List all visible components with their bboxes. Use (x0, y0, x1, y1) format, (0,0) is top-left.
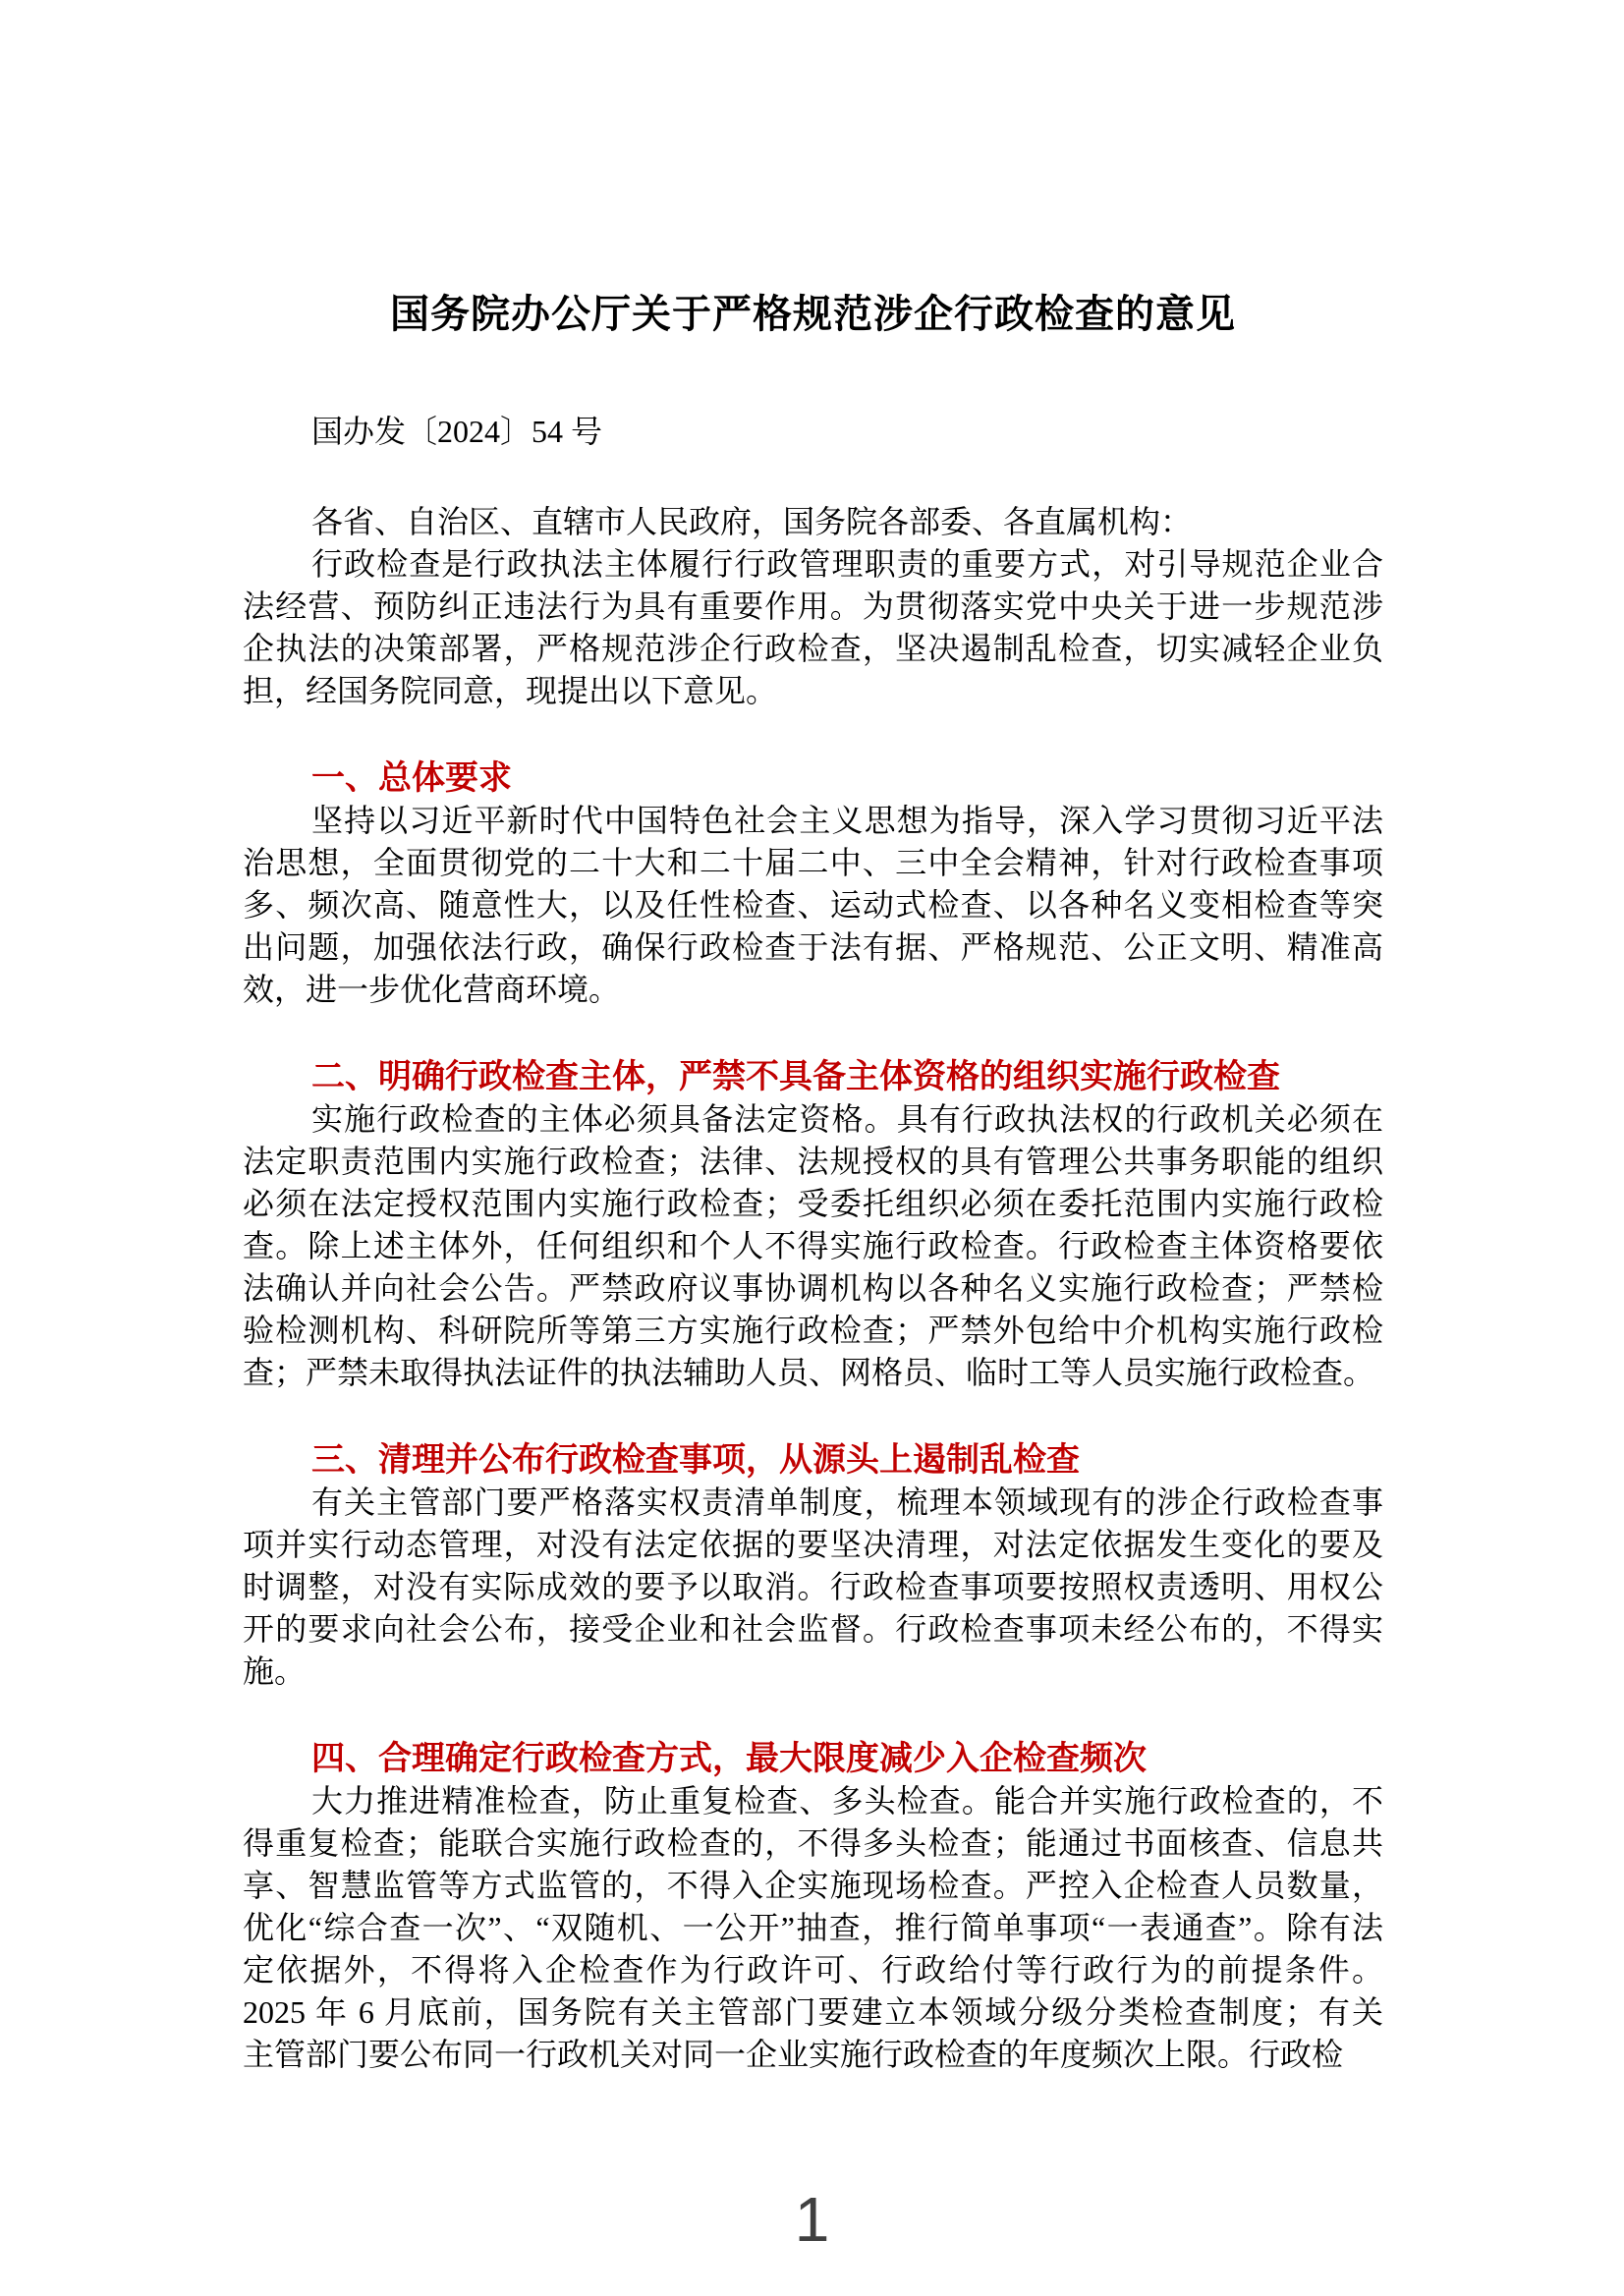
text-line: 时调整，对没有实际成效的要予以取消。行政检查事项要按照权责透明、用权公 (243, 1566, 1383, 1608)
text-line: 法经营、预防纠正违法行为具有重要作用。为贯彻落实党中央关于进一步规范涉 (243, 586, 1383, 628)
salutation-paragraph: 各省、自治区、直辖市人民政府，国务院各部委、各直属机构： (243, 501, 1383, 543)
section-heading: 二、明确行政检查主体，严禁不具备主体资格的组织实施行政检查 (243, 1056, 1383, 1098)
text-line: 开的要求向社会公布，接受企业和社会监督。行政检查事项未经公布的，不得实 (243, 1608, 1383, 1651)
text-line: 法确认并向社会公告。严禁政府议事协调机构以各种名义实施行政检查；严禁检 (243, 1267, 1383, 1310)
section-heading: 四、合理确定行政检查方式，最大限度减少入企检查频次 (243, 1738, 1383, 1780)
text-line: 施。 (243, 1651, 1383, 1693)
text-line: 查；严禁未取得执法证件的执法辅助人员、网格员、临时工等人员实施行政检查。 (243, 1352, 1383, 1394)
text-line: 优化“综合查一次”、“双随机、一公开”抽查，推行简单事项“一表通查”。除有法 (243, 1907, 1383, 1949)
text-line: 效，进一步优化营商环境。 (243, 969, 1383, 1011)
sections-container: 一、总体要求坚持以习近平新时代中国特色社会主义思想为指导，深入学习贯彻习近平法治… (243, 757, 1383, 2076)
document-number: 国办发〔2024〕54 号 (243, 411, 1383, 453)
text-line: 担，经国务院同意，现提出以下意见。 (243, 670, 1383, 712)
text-line: 得重复检查；能联合实施行政检查的，不得多头检查；能通过书面核查、信息共 (243, 1822, 1383, 1865)
document-page: 国务院办公厅关于严格规范涉企行政检查的意见 国办发〔2024〕54 号 各省、自… (0, 0, 1624, 2296)
section-paragraph: 实施行政检查的主体必须具备法定资格。具有行政执法权的行政机关必须在法定职责范围内… (243, 1098, 1383, 1394)
intro-paragraph: 行政检查是行政执法主体履行行政管理职责的重要方式，对引导规范企业合法经营、预防纠… (243, 543, 1383, 712)
text-line: 2025 年 6 月底前，国务院有关主管部门要建立本领域分级分类检查制度；有关 (243, 1991, 1383, 2034)
section-paragraph: 有关主管部门要严格落实权责清单制度，梳理本领域现有的涉企行政检查事项并实行动态管… (243, 1482, 1383, 1693)
text-line: 多、频次高、随意性大，以及任性检查、运动式检查、以各种名义变相检查等突 (243, 884, 1383, 926)
text-line: 有关主管部门要严格落实权责清单制度，梳理本领域现有的涉企行政检查事 (243, 1482, 1383, 1524)
document-content: 国务院办公厅关于严格规范涉企行政检查的意见 国办发〔2024〕54 号 各省、自… (243, 291, 1383, 2076)
text-line: 出问题，加强依法行政，确保行政检查于法有据、严格规范、公正文明、精准高 (243, 926, 1383, 969)
text-line: 企执法的决策部署，严格规范涉企行政检查，坚决遏制乱检查，切实减轻企业负 (243, 628, 1383, 670)
section-paragraph: 坚持以习近平新时代中国特色社会主义思想为指导，深入学习贯彻习近平法治思想，全面贯… (243, 800, 1383, 1011)
text-line: 查。除上述主体外，任何组织和个人不得实施行政检查。行政检查主体资格要依 (243, 1225, 1383, 1267)
section-heading: 一、总体要求 (243, 757, 1383, 800)
text-line: 大力推进精准检查，防止重复检查、多头检查。能合并实施行政检查的，不 (243, 1780, 1383, 1822)
section-paragraph: 大力推进精准检查，防止重复检查、多头检查。能合并实施行政检查的，不得重复检查；能… (243, 1780, 1383, 2076)
text-line: 项并实行动态管理，对没有法定依据的要坚决清理，对法定依据发生变化的要及 (243, 1524, 1383, 1566)
text-line: 各省、自治区、直辖市人民政府，国务院各部委、各直属机构： (243, 501, 1383, 543)
text-line: 行政检查是行政执法主体履行行政管理职责的重要方式，对引导规范企业合 (243, 543, 1383, 586)
page-number: 1 (0, 2185, 1624, 2254)
text-line: 主管部门要公布同一行政机关对同一企业实施行政检查的年度频次上限。行政检 (243, 2034, 1383, 2076)
section-heading: 三、清理并公布行政检查事项，从源头上遏制乱检查 (243, 1439, 1383, 1482)
text-line: 坚持以习近平新时代中国特色社会主义思想为指导，深入学习贯彻习近平法 (243, 800, 1383, 842)
text-line: 享、智慧监管等方式监管的，不得入企实施现场检查。严控入企检查人员数量， (243, 1865, 1383, 1907)
text-line: 定依据外，不得将入企检查作为行政许可、行政给付等行政行为的前提条件。 (243, 1949, 1383, 1991)
text-line: 法定职责范围内实施行政检查；法律、法规授权的具有管理公共事务职能的组织 (243, 1141, 1383, 1183)
text-line: 验检测机构、科研院所等第三方实施行政检查；严禁外包给中介机构实施行政检 (243, 1310, 1383, 1352)
text-line: 实施行政检查的主体必须具备法定资格。具有行政执法权的行政机关必须在 (243, 1098, 1383, 1141)
document-title: 国务院办公厅关于严格规范涉企行政检查的意见 (243, 291, 1383, 338)
text-line: 治思想，全面贯彻党的二十大和二十届二中、三中全会精神，针对行政检查事项 (243, 842, 1383, 884)
text-line: 必须在法定授权范围内实施行政检查；受委托组织必须在委托范围内实施行政检 (243, 1183, 1383, 1225)
